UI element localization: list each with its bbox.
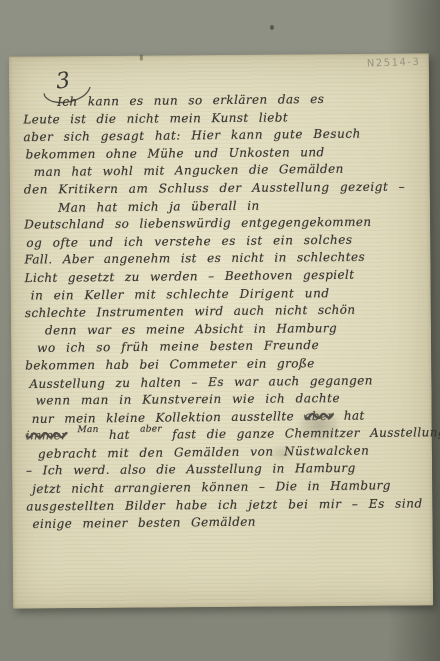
backdrop-speck: [270, 25, 274, 30]
handwritten-text: [67, 428, 77, 442]
paper-edge-mark: [140, 55, 143, 61]
handwritten-text: Man hat mich ja überall in: [58, 198, 260, 214]
handwritten-text: man hat wohl mit Angucken die Gemälden: [34, 162, 344, 179]
struck-text: immer: [26, 428, 68, 442]
handwritten-text: einige meiner besten Gemälden: [32, 515, 256, 531]
handwritten-text: bekommen hab bei Commeter ein große: [25, 356, 315, 372]
handwritten-text: – Ich werd. also die Ausstellung in Hamb…: [26, 461, 356, 478]
handwritten-text: Ausstellung zu halten – Es war auch gega…: [29, 373, 373, 391]
manuscript-line: Ausstellung zu halten – Es war auch gega…: [29, 371, 429, 393]
handwritten-text: nur mein kleine Kollektion ausstellte: [32, 409, 305, 426]
handwritten-text: in ein Keller mit schlechte Dirigent und: [31, 286, 330, 302]
struck-text: aber: [304, 409, 333, 423]
inserted-text: aber: [140, 422, 162, 440]
handwritten-text: ausgestellten Bilder habe ich jetzt bei …: [26, 496, 422, 513]
handwritten-text: Fall. Aber angenehm ist es nicht in schl…: [24, 250, 365, 267]
handwritten-text: Licht gesetzt zu werden – Beethoven gesp…: [25, 268, 355, 285]
handwritten-text: Deutschland so liebenswürdig entgegengek…: [24, 215, 371, 232]
handwritten-text: aber sich gesagt hat: Hier kann gute Bes…: [23, 127, 361, 145]
photograph-backdrop: 3 N2514-3 Ich kann es nun so erklären da…: [0, 0, 440, 661]
handwritten-text: schlechte Instrumenten wird auch nicht s…: [25, 303, 356, 320]
manuscript-lines: Ich kann es nun so erklären das esLeute …: [23, 90, 430, 533]
inserted-text: Man: [77, 422, 98, 440]
handwritten-text: wenn man in Kunstverein wie ich dachte: [35, 391, 340, 407]
handwritten-text: jetzt nicht arrangieren können – Die in …: [32, 478, 391, 496]
manuscript-page: 3 N2514-3 Ich kann es nun so erklären da…: [9, 53, 433, 608]
manuscript-line: einige meiner besten Gemälden: [32, 512, 430, 534]
handwritten-text: hat: [334, 408, 365, 422]
handwritten-text: hat: [99, 428, 140, 442]
handwritten-text: bekommen ohne Mühe und Unkosten und: [26, 145, 325, 161]
handwritten-text: fast die ganze Chemnitzer Ausstellung: [162, 426, 440, 442]
handwritten-text: denn war es meine Absicht in Hamburg: [45, 321, 337, 337]
handwritten-text: wo ich so früh meine besten Freunde: [37, 338, 319, 355]
handwritten-text: og ofte und ich verstehe es ist ein solc…: [26, 232, 352, 249]
handwritten-text: gebracht mit den Gemälden von Nüstwalcke…: [38, 443, 370, 460]
handwritten-text: Leute ist die nicht mein Kunst liebt: [23, 110, 288, 126]
manuscript-line: Man hat mich ja überall in: [58, 195, 428, 216]
handwritten-text: Ich kann es nun so erklären das es: [57, 92, 324, 109]
archive-number: N2514-3: [367, 57, 421, 70]
handwritten-text: den Kritikern am Schluss der Ausstellung…: [24, 180, 405, 197]
